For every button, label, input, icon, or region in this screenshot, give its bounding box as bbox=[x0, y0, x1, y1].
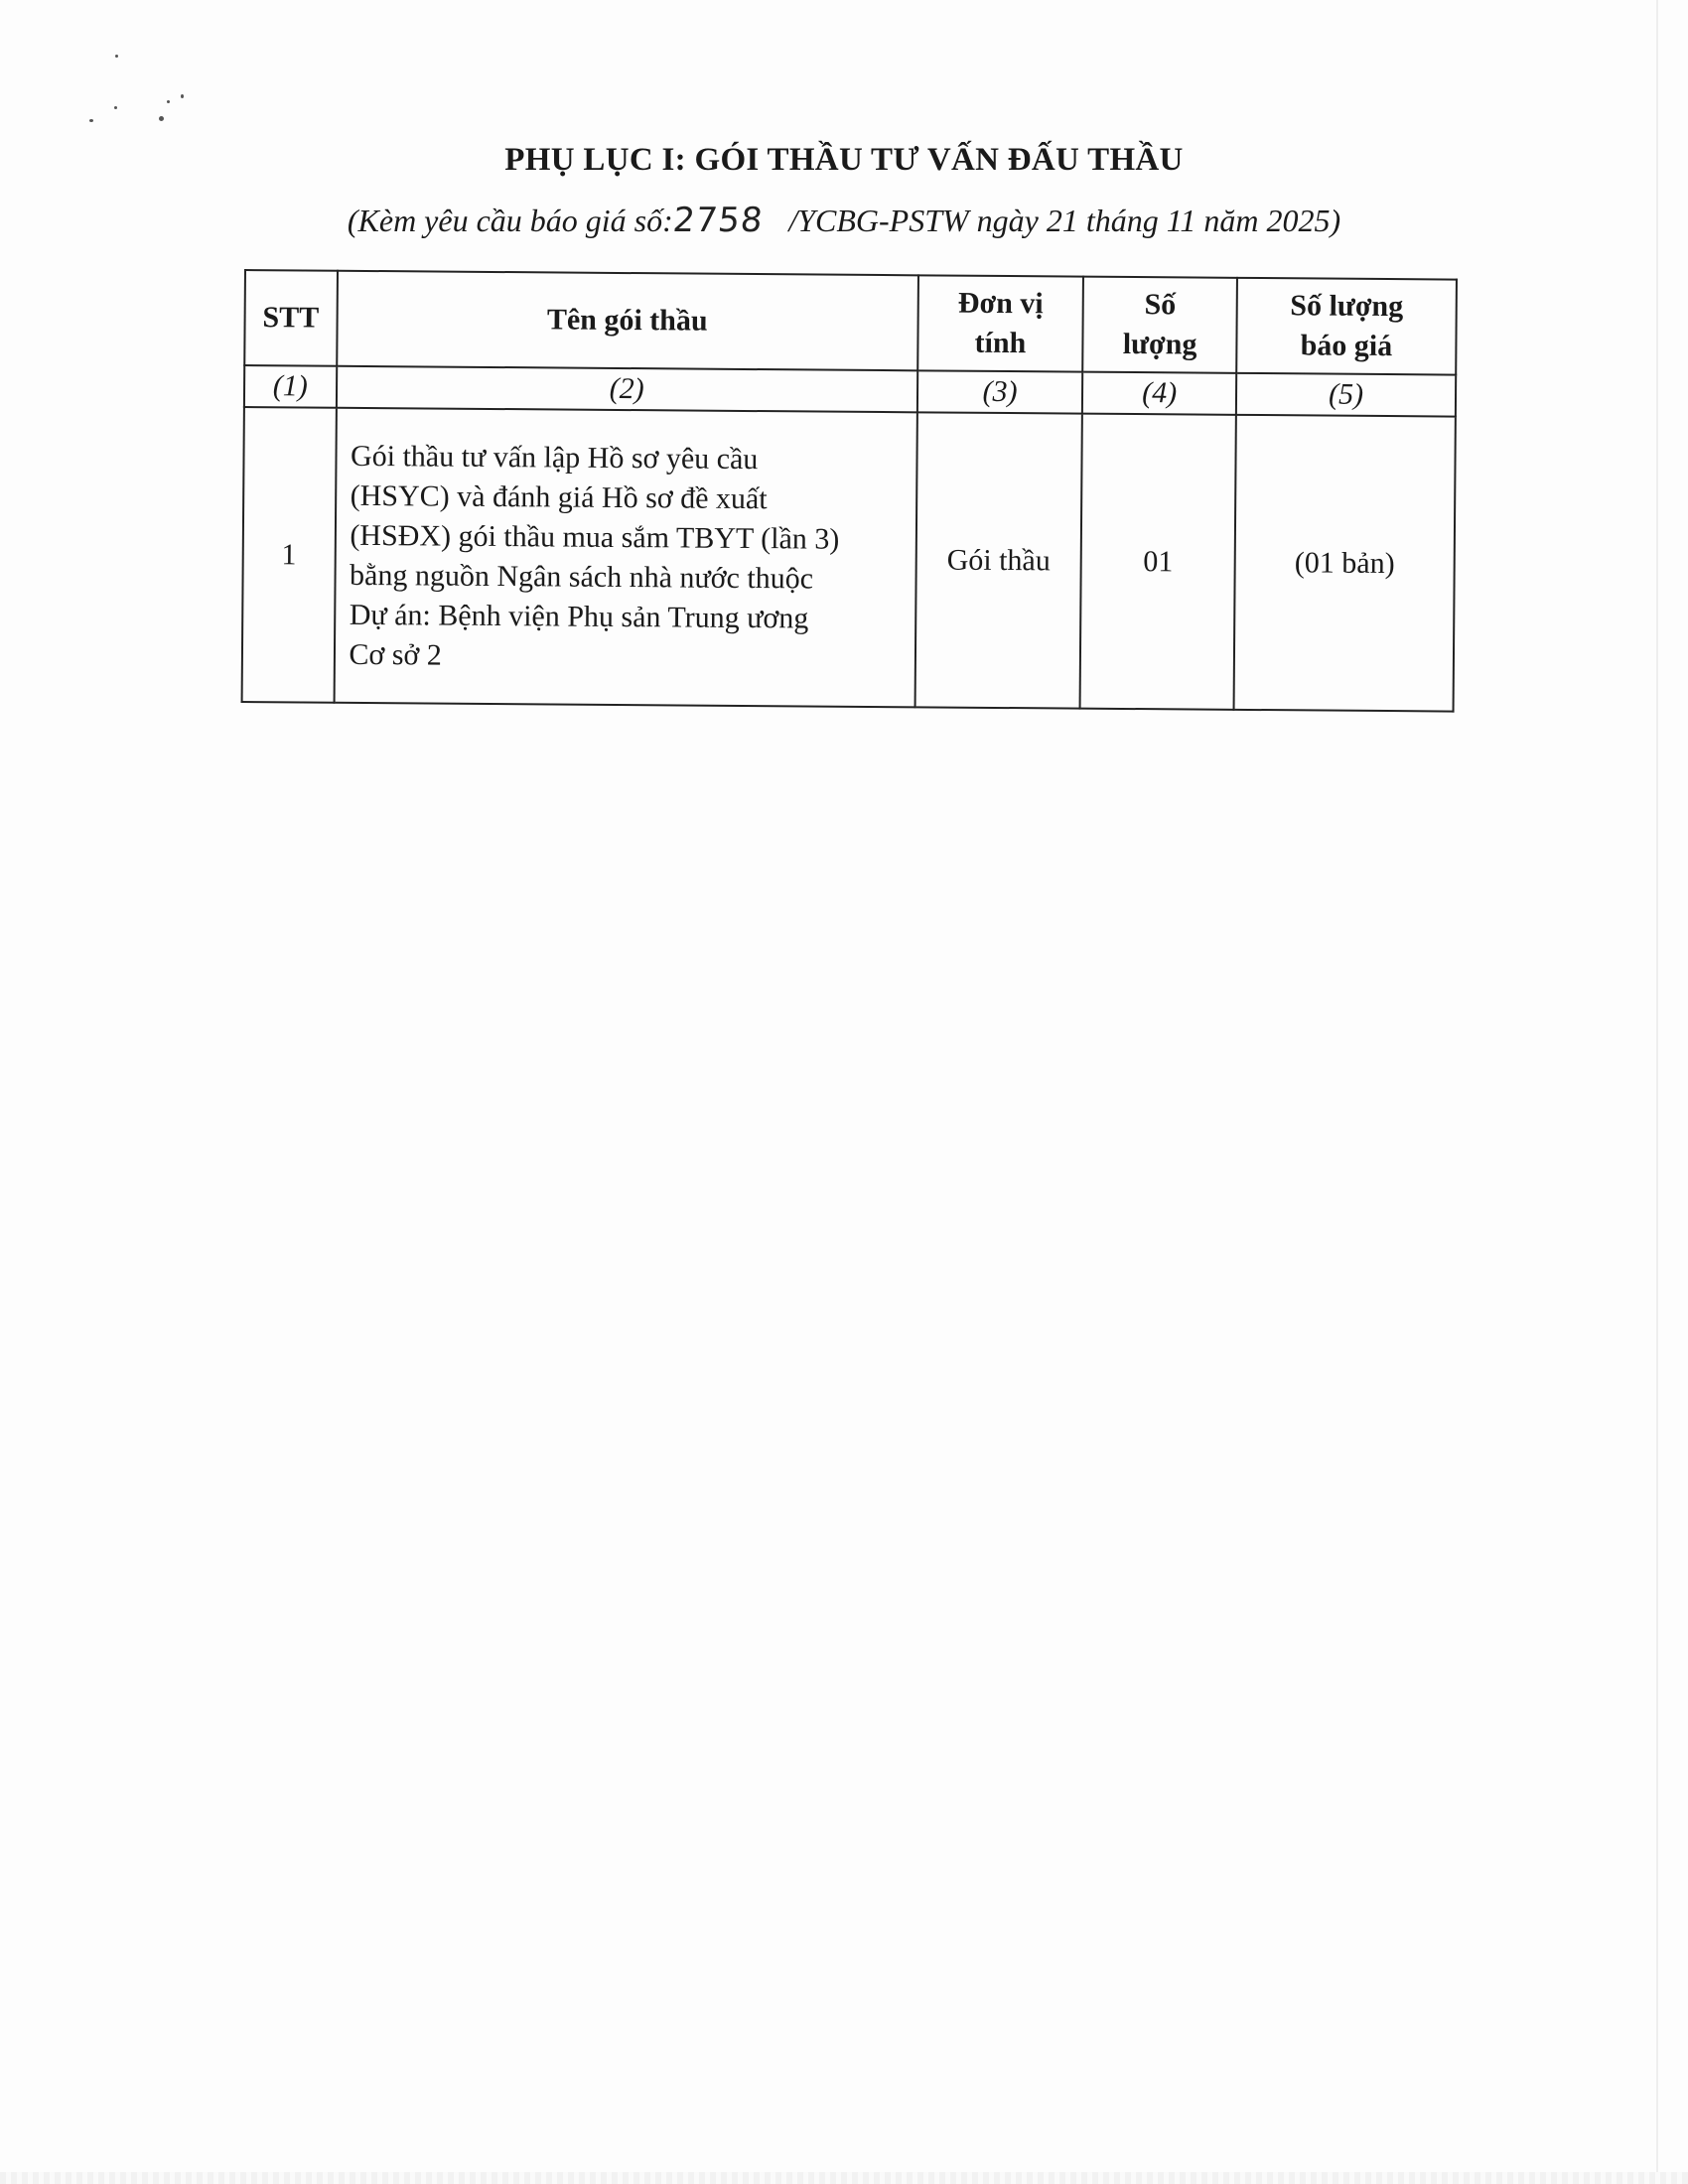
column-number: (3) bbox=[917, 370, 1083, 413]
scan-page-edge bbox=[1656, 0, 1658, 2184]
cell-unit: Gói thầu bbox=[914, 412, 1082, 708]
cell-quantity: 01 bbox=[1080, 414, 1236, 710]
package-name-line: (HSYC) và đánh giá Hồ sơ đề xuất bbox=[351, 476, 907, 519]
column-number: (1) bbox=[244, 365, 337, 408]
package-table: STT Tên gói thầu Đơn vị tính Số lượng Số… bbox=[241, 269, 1458, 713]
header-unit: Đơn vị tính bbox=[917, 275, 1083, 371]
header-stt: STT bbox=[244, 270, 337, 366]
document-subtitle: (Kèm yêu cầu báo giá số:2758/YCBG-PSTW n… bbox=[0, 201, 1688, 240]
package-name-line: Gói thầu tư vấn lập Hồ sơ yêu cầu bbox=[351, 436, 907, 479]
scan-speck bbox=[115, 55, 118, 58]
header-unit-line: tính bbox=[974, 327, 1026, 359]
scan-speck bbox=[89, 119, 93, 122]
package-name-line: Cơ sở 2 bbox=[349, 634, 905, 678]
cell-package-name: Gói thầu tư vấn lập Hồ sơ yêu cầu (HSYC)… bbox=[334, 408, 917, 708]
header-package-name: Tên gói thầu bbox=[337, 271, 918, 371]
subtitle-suffix: /YCBG-PSTW ngày 21 tháng 11 năm 2025) bbox=[788, 203, 1340, 238]
header-quantity-line: Số bbox=[1144, 288, 1176, 321]
document-title: PHỤ LỤC I: GÓI THẦU TƯ VẤN ĐẤU THẦU bbox=[0, 142, 1688, 179]
cell-stt: 1 bbox=[242, 407, 337, 703]
header-quantity-line: lượng bbox=[1123, 328, 1197, 361]
column-number: (5) bbox=[1236, 373, 1456, 417]
table-header-row: STT Tên gói thầu Đơn vị tính Số lượng Số… bbox=[244, 270, 1457, 375]
handwritten-request-number: 2758 bbox=[671, 201, 766, 240]
package-name-line: bằng nguồn Ngân sách nhà nước thuộc bbox=[350, 555, 906, 599]
package-name-line: Dự án: Bệnh viện Phụ sản Trung ương bbox=[350, 595, 906, 638]
scan-speck bbox=[114, 106, 117, 109]
header-quantity: Số lượng bbox=[1082, 277, 1237, 373]
scan-speck bbox=[181, 94, 184, 98]
scan-bottom-edge bbox=[0, 2172, 1688, 2184]
column-number: (4) bbox=[1082, 372, 1236, 415]
header-quote-quantity: Số lượng báo giá bbox=[1236, 278, 1457, 375]
header-quote-quantity-line: Số lượng bbox=[1290, 289, 1403, 323]
scan-speck bbox=[159, 116, 164, 121]
table-row: 1 Gói thầu tư vấn lập Hồ sơ yêu cầu (HSY… bbox=[242, 407, 1456, 712]
subtitle-prefix: (Kèm yêu cầu báo giá số: bbox=[348, 203, 673, 238]
package-name-line: (HSĐX) gói thầu mua sắm TBYT (lần 3) bbox=[350, 515, 906, 559]
header-quote-quantity-line: báo giá bbox=[1301, 329, 1393, 362]
cell-quote-quantity: (01 bản) bbox=[1234, 415, 1456, 712]
column-number: (2) bbox=[336, 366, 917, 413]
scan-speck bbox=[167, 100, 170, 103]
header-unit-line: Đơn vị bbox=[958, 287, 1044, 321]
